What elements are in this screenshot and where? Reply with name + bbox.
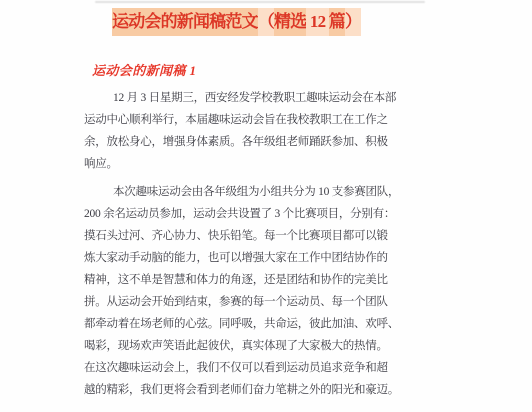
page-title: 运动会的新闻稿范文（精选 12 篇） (112, 8, 361, 36)
text-line: 都牵动着在场老师的心弦。同呼吸，共命运，彼此加油、欢呼、 (84, 313, 404, 335)
top-divider (95, 1, 425, 3)
title-segment: 精选 (274, 8, 306, 36)
body-paragraph: 本次趣味运动会由各年级组为小组共分为 10 支参赛团队，200 余名运动员参加，… (84, 181, 404, 401)
title-segment: 运动会的新闻稿范文 (112, 8, 258, 36)
text-line: 摸石头过河、齐心协力、快乐铅笔。每一个比赛项目都可以锻 (84, 225, 404, 247)
text-line: 响应。 (84, 153, 404, 175)
title-segment: 篇 (329, 8, 345, 36)
title-segment: ） (345, 8, 361, 36)
text-line: 本次趣味运动会由各年级组为小组共分为 10 支参赛团队， (84, 181, 404, 203)
section-heading: 运动会的新闻稿 1 (92, 60, 196, 79)
text-line: 炼大家动手动脑的能力，也可以增强大家在工作中团结协作的 (84, 247, 404, 269)
text-line: 余，放松身心，增强身体素质。各年级组老师踊跃参加、积极 (84, 131, 404, 153)
text-line: 精神，这不单是智慧和体力的角逐，还是团结和协作的完美比 (84, 269, 404, 291)
document-body: 12 月 3 日星期三，西安经发学校教职工趣味运动会在本部运动中心顺利举行，本届… (84, 87, 404, 401)
title-segment: （ (258, 8, 274, 36)
body-paragraph: 12 月 3 日星期三，西安经发学校教职工趣味运动会在本部运动中心顺利举行，本届… (84, 87, 404, 175)
text-line: 在这次趣味运动会上，我们不仅可以看到运动员追求竞争和超 (84, 357, 404, 379)
document-page: 运动会的新闻稿范文（精选 12 篇） 运动会的新闻稿 1 12 月 3 日星期三… (0, 0, 532, 412)
text-line: 越的精彩，我们更将会看到老师们奋力笔耕之外的阳光和豪迈。 (84, 379, 404, 401)
text-line: 12 月 3 日星期三，西安经发学校教职工趣味运动会在本部 (84, 87, 404, 109)
title-segment: 12 (306, 8, 328, 36)
text-line: 拼。从运动会开始到结束，参赛的每一个运动员、每一个团队 (84, 291, 404, 313)
text-line: 运动中心顺利举行，本届趣味运动会旨在我校教职工在工作之 (84, 109, 404, 131)
text-line: 200 余名运动员参加，运动会共设置了 3 个比赛项目，分别有： (84, 203, 404, 225)
text-line: 喝彩，现场欢声笑语此起彼伏，真实体现了大家极大的热情。 (84, 335, 404, 357)
